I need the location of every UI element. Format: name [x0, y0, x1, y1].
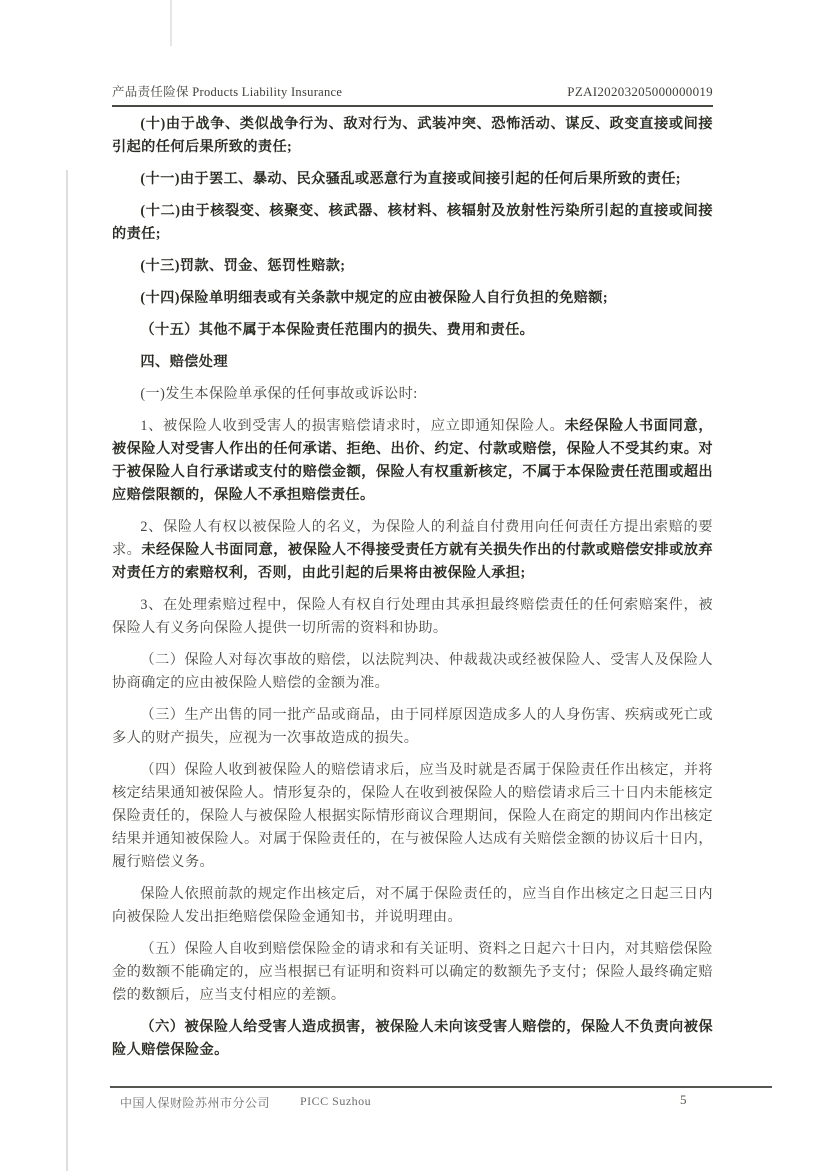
clause-4-5: （五）保险人自收到赔偿保险金的请求和有关证明、资料之日起六十日内，对其赔偿保险金… [112, 938, 713, 1007]
clause-13: (十三)罚款、罚金、惩罚性赔款; [112, 255, 713, 278]
text-segment: 3、在处理索赔过程中，保险人有权自行处理由其承担最终赔偿责任的任何索赔案件，被保… [112, 597, 713, 636]
page-number: 5 [680, 1092, 687, 1108]
text-segment: （十五）其他不属于本保险责任范围内的损失、费用和责任。 [140, 322, 534, 338]
text-segment: (一)发生本保险单承保的任何事故或诉讼时: [140, 386, 417, 402]
clause-14: (十四)保险单明细表或有关条款中规定的应由被保险人自行负担的免赔额; [112, 287, 713, 310]
text-segment: (十三)罚款、罚金、惩罚性赔款; [140, 258, 345, 274]
clause-4-4: （四）保险人收到被保险人的赔偿请求后，应当及时就是否属于保险责任作出核定，并将核… [112, 759, 713, 874]
text-segment: （二）保险人对每次事故的赔偿，以法院判决、仲裁裁决或经被保险人、受害人及保险人协… [112, 652, 713, 691]
clause-4-1-2: 2、保险人有权以被保险人的名义，为保险人的利益自付费用向任何责任方提出索赔的要求… [112, 516, 713, 585]
text-segment: （三）生产出售的同一批产品或商品，由于同样原因造成多人的人身伤害、疾病或死亡或多… [112, 707, 713, 746]
footer-divider [110, 1086, 772, 1088]
clause-10: (十)由于战争、类似战争行为、敌对行为、武装冲突、恐怖活动、谋反、政变直接或间接… [112, 113, 713, 159]
section-4-heading: 四、赔偿处理 [112, 351, 713, 374]
clause-4-6: （六）被保险人给受害人造成损害，被保险人未向该受害人赔偿的，保险人不负责向被保险… [112, 1016, 713, 1062]
text-segment: (十)由于战争、类似战争行为、敌对行为、武装冲突、恐怖活动、谋反、政变直接或间接… [112, 116, 713, 155]
clause-4-3: （三）生产出售的同一批产品或商品，由于同样原因造成多人的人身伤害、疾病或死亡或多… [112, 704, 713, 750]
text-segment: （四）保险人收到被保险人的赔偿请求后，应当及时就是否属于保险责任作出核定，并将核… [112, 762, 713, 870]
document-body: (十)由于战争、类似战争行为、敌对行为、武装冲突、恐怖活动、谋反、政变直接或间接… [112, 113, 713, 1071]
text-segment: 未经保险人书面同意，被保险人不得接受责任方就有关损失作出的付款或赔偿安排或放弃对… [112, 542, 713, 581]
clause-12: (十二)由于核裂变、核聚变、核武器、核材料、核辐射及放射性污染所引起的直接或间接… [112, 200, 713, 246]
text-segment: 1、被保险人收到受害人的损害赔偿请求时，应立即通知保险人。 [140, 418, 564, 434]
text-segment: (十一)由于罢工、暴动、民众骚乱或恶意行为直接或间接引起的任何后果所致的责任; [140, 171, 681, 187]
clause-11: (十一)由于罢工、暴动、民众骚乱或恶意行为直接或间接引起的任何后果所致的责任; [112, 168, 713, 191]
text-segment: (十四)保险单明细表或有关条款中规定的应由被保险人自行负担的免赔额; [140, 290, 608, 306]
footer-company-chinese: 中国人保财险苏州市分公司 [120, 1094, 270, 1111]
text-segment: 四、赔偿处理 [140, 354, 228, 370]
text-segment: （五）保险人自收到赔偿保险金的请求和有关证明、资料之日起六十日内，对其赔偿保险金… [112, 941, 713, 1003]
clause-4-1-1: 1、被保险人收到受害人的损害赔偿请求时，应立即通知保险人。未经保险人书面同意，被… [112, 415, 713, 507]
clause-4-1: (一)发生本保险单承保的任何事故或诉讼时: [112, 383, 713, 406]
clause-4-2: （二）保险人对每次事故的赔偿，以法院判决、仲裁裁决或经被保险人、受害人及保险人协… [112, 649, 713, 695]
scan-artifact-line-left [66, 170, 68, 1171]
page-header: 产品责任险保 Products Liability Insurance PZAI… [112, 82, 713, 107]
clause-15: （十五）其他不属于本保险责任范围内的损失、费用和责任。 [112, 319, 713, 342]
text-segment: （六）被保险人给受害人造成损害，被保险人未向该受害人赔偿的，保险人不负责向被保险… [112, 1019, 713, 1058]
text-segment: 保险人依照前款的规定作出核定后，对不属于保险责任的，应当自作出核定之日起三日内向… [112, 886, 713, 925]
document-title: 产品责任险保 Products Liability Insurance [112, 82, 342, 100]
clause-4-4-cont: 保险人依照前款的规定作出核定后，对不属于保险责任的，应当自作出核定之日起三日内向… [112, 883, 713, 929]
clause-4-1-3: 3、在处理索赔过程中，保险人有权自行处理由其承担最终赔偿责任的任何索赔案件，被保… [112, 594, 713, 640]
text-segment: (十二)由于核裂变、核聚变、核武器、核材料、核辐射及放射性污染所引起的直接或间接… [112, 203, 713, 242]
policy-number: PZAI20203205000000019 [567, 84, 713, 100]
footer-company-english: PICC Suzhou [300, 1094, 371, 1109]
scan-artifact-line-top [170, 0, 172, 46]
